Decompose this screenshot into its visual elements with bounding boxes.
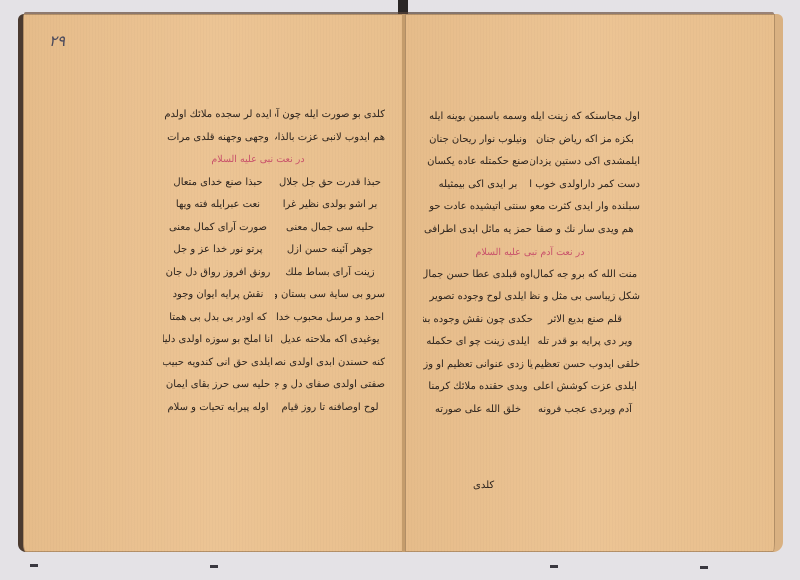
verse-line: اول مجاسنكه كه زينت ايله [530,106,640,129]
catchword: كلدى [473,480,494,491]
verse-line: نعت عبرايله فته ويها [163,194,273,217]
verse-line: كه اودر بى بدل بى همتا [163,307,273,330]
verse-line: لوح اوصافنه تا روز قيام [275,397,385,420]
verse-line: ايلدى حق انى كندويه حبيب [163,352,273,375]
verse-line: حليه سى جمال معنى [275,217,385,240]
verse-line: وسمه باسمين بوينه ايله [423,106,533,129]
verse-line: هم ايدوب لانبى عزت بالذات [275,127,385,150]
verse-line: صفتى اولدى صفاى دل و جان [275,374,385,397]
verse-line: رونق افروز رواق دل جان [163,262,273,285]
verse-line: آدم ويردى عجب فرونه [530,399,640,422]
verse-line: سنتى اتيشيده عادت حو [423,196,533,219]
verse-line: يوغيدى اكه ملاحته عديل [275,329,385,352]
verse-line: شكل زيباسى بى مثل و نظير [530,286,640,309]
verse-line: سبلنده وار ايدى كثرت معو [530,196,640,219]
verse-line: وجهى وجهنه قلدى مرات [163,127,273,150]
verse-line: بكزه مز اكه رياض جنان [530,129,640,152]
verse-line: انا املح بو سوزه اولدى دليل [163,329,273,352]
verse-line: كلدى بو صورت ايله چون آدم [275,104,385,127]
right-page: اول مجاسنكه كه زينت ايله بكزه مز اكه ريا… [405,14,783,552]
verse-line: سرو بى ساية سى بستان وجود [275,284,385,307]
verse-line: هم ويدى سار نك و صفا [530,219,640,242]
section-heading-rubric: در نعت نبى عليه السلام [193,149,323,172]
verse-line: زينت آرای بساط ملك [275,262,385,285]
verse-line: يا زدى عنوانى تعظيم او وزره [423,354,533,377]
section-heading-rubric: در نعت آدم نبى عليه السلام [465,242,595,265]
scan-mark [210,565,218,568]
folio-number: ٢٩ [49,32,65,50]
scan-mark [550,565,558,568]
verse-line: قلم صنع بديع الاثر [530,309,640,332]
verse-line: ايلمشدى اكى دستين يزدان [530,151,640,174]
verse-line: وير دى پرايه بو قدر تله [530,331,640,354]
open-book: ٢٩ كلدى بو صورت ايله چون آدم هم ايدوب لا… [18,14,788,558]
verse-line: منت الله كه برو جه كمال [530,264,640,287]
verse-line: احمد و مرسل محبوب خدا [275,307,385,330]
verse-line: خلق الله على صورته [423,399,533,422]
verse-line: اوله پيرايه تحيات و سلام [163,397,273,420]
verse-line: خلقى ايدوب حسن تعظيم او وزره [530,354,640,377]
verse-line: كنه حسندن ابدى اولدى نصيب [275,352,385,375]
verse-line: ونيلوب نوار ريحان جنان [423,129,533,152]
scan-mark [700,566,708,569]
verse-line: جوهر آئينه حسن ازل [275,239,385,262]
verse-line: ايلدى لوح وجوده تصوير [423,286,533,309]
verse-line: دست كمر داراولدى خوب اندام [530,174,640,197]
verse-line: اوه قبلدى عطا حسن جمال [423,264,533,287]
verse-line: حكدى چون نقش وجوده بشرى [423,309,533,332]
verse-line: بر اشو بولدى نظير غرا [275,194,385,217]
manuscript-scan: ٢٩ كلدى بو صورت ايله چون آدم هم ايدوب لا… [0,0,800,580]
verse-line: حبذا صنع خداى متعال [163,172,273,195]
verse-line: پرتو نور خدا عز و جل [163,239,273,262]
verse-line: بر ايدى اكى بيمثيله [423,174,533,197]
verse-line: صنع حكمتله عاده يكسان [423,151,533,174]
verse-line: ايلدى عزت كوشش اعلى [530,376,640,399]
verse-line: حمز يه مائل ايدى اطرافى [423,219,533,242]
left-page: ٢٩ كلدى بو صورت ايله چون آدم هم ايدوب لا… [18,14,408,552]
verse-line: حليه سى حرز بقاى ايمان [163,374,273,397]
verse-line: حبذا قدرت حق جل جلال [275,172,385,195]
verse-line: ايلدى زينت چو اى حكمله [423,331,533,354]
verse-line: صورت آرای كمال معنى [163,217,273,240]
scan-mark [30,564,38,567]
verse-line: ايده لر سجده ملائك اولدم [163,104,273,127]
verse-line: ويدى حقنده ملائك كرمنا [423,376,533,399]
verse-line: نقش پرايه ايوان وجود [163,284,273,307]
